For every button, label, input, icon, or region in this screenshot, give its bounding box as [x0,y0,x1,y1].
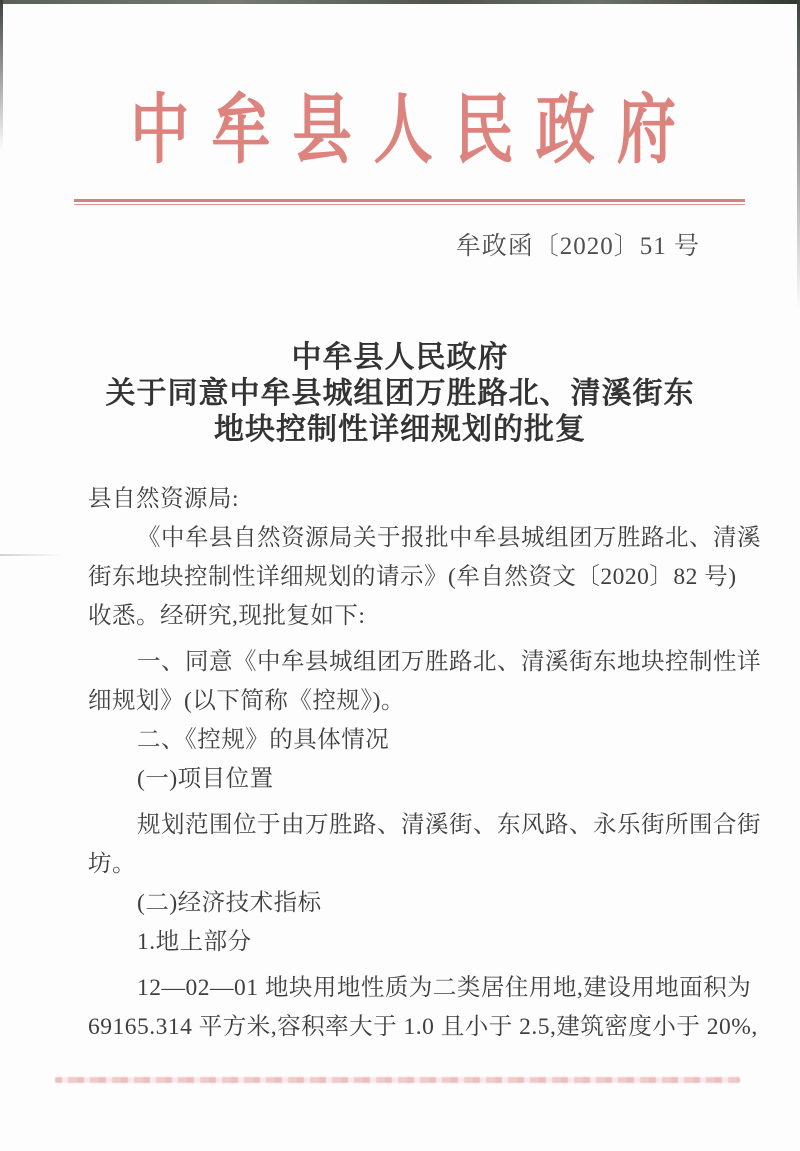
document-body: 县自然资源局: 《中牟县自然资源局关于报批中牟县城组团万胜路北、清溪 街东地块控… [88,480,748,1047]
scan-artifact-line [0,554,62,556]
scanned-document-page: 中牟县人民政府 牟政函〔2020〕51 号 中牟县人民政府 关于同意中牟县城组团… [0,0,800,1151]
scan-faded-red-line [55,1077,740,1083]
body-line: 坊。 [88,845,748,884]
body-line: 细规划》(以下简称《控规》)。 [88,682,748,721]
document-number: 牟政函〔2020〕51 号 [456,231,700,263]
body-line: 一、同意《中牟县城组团万胜路北、清溪街东地块控制性详 [88,643,748,682]
body-line: 1.地上部分 [88,923,748,962]
document-title: 中牟县人民政府 关于同意中牟县城组团万胜路北、清溪街东 地块控制性详细规划的批复 [0,340,800,448]
letterhead: 中牟县人民政府 [0,88,800,174]
body-line: 二、《控规》的具体情况 [88,721,748,760]
body-line: 12—02—01 地块用地性质为二类居住用地,建设用地面积为 [88,969,748,1008]
document-title-line-3: 地块控制性详细规划的批复 [0,412,800,448]
body-line: 《中牟县自然资源局关于报批中牟县城组团万胜路北、清溪 [88,519,748,558]
letterhead-red-divider [74,199,745,205]
body-line-salutation: 县自然资源局: [88,480,748,519]
body-line: 规划范围位于由万胜路、清溪街、东风路、永乐街所围合街 [88,806,748,845]
body-line: 69165.314 平方米,容积率大于 1.0 且小于 2.5,建筑密度小于 2… [88,1008,748,1047]
body-line: (一)项目位置 [88,760,748,799]
scan-edge-top [0,0,800,4]
body-line: 收悉。经研究,现批复如下: [88,597,748,636]
document-title-line-2: 关于同意中牟县城组团万胜路北、清溪街东 [0,376,800,412]
body-line: (二)经济技术指标 [88,884,748,923]
letterhead-org-name: 中牟县人民政府 [130,88,698,174]
body-line: 街东地块控制性详细规划的请示》(牟自然资文〔2020〕82 号) [88,558,748,597]
document-title-line-1: 中牟县人民政府 [0,340,800,376]
